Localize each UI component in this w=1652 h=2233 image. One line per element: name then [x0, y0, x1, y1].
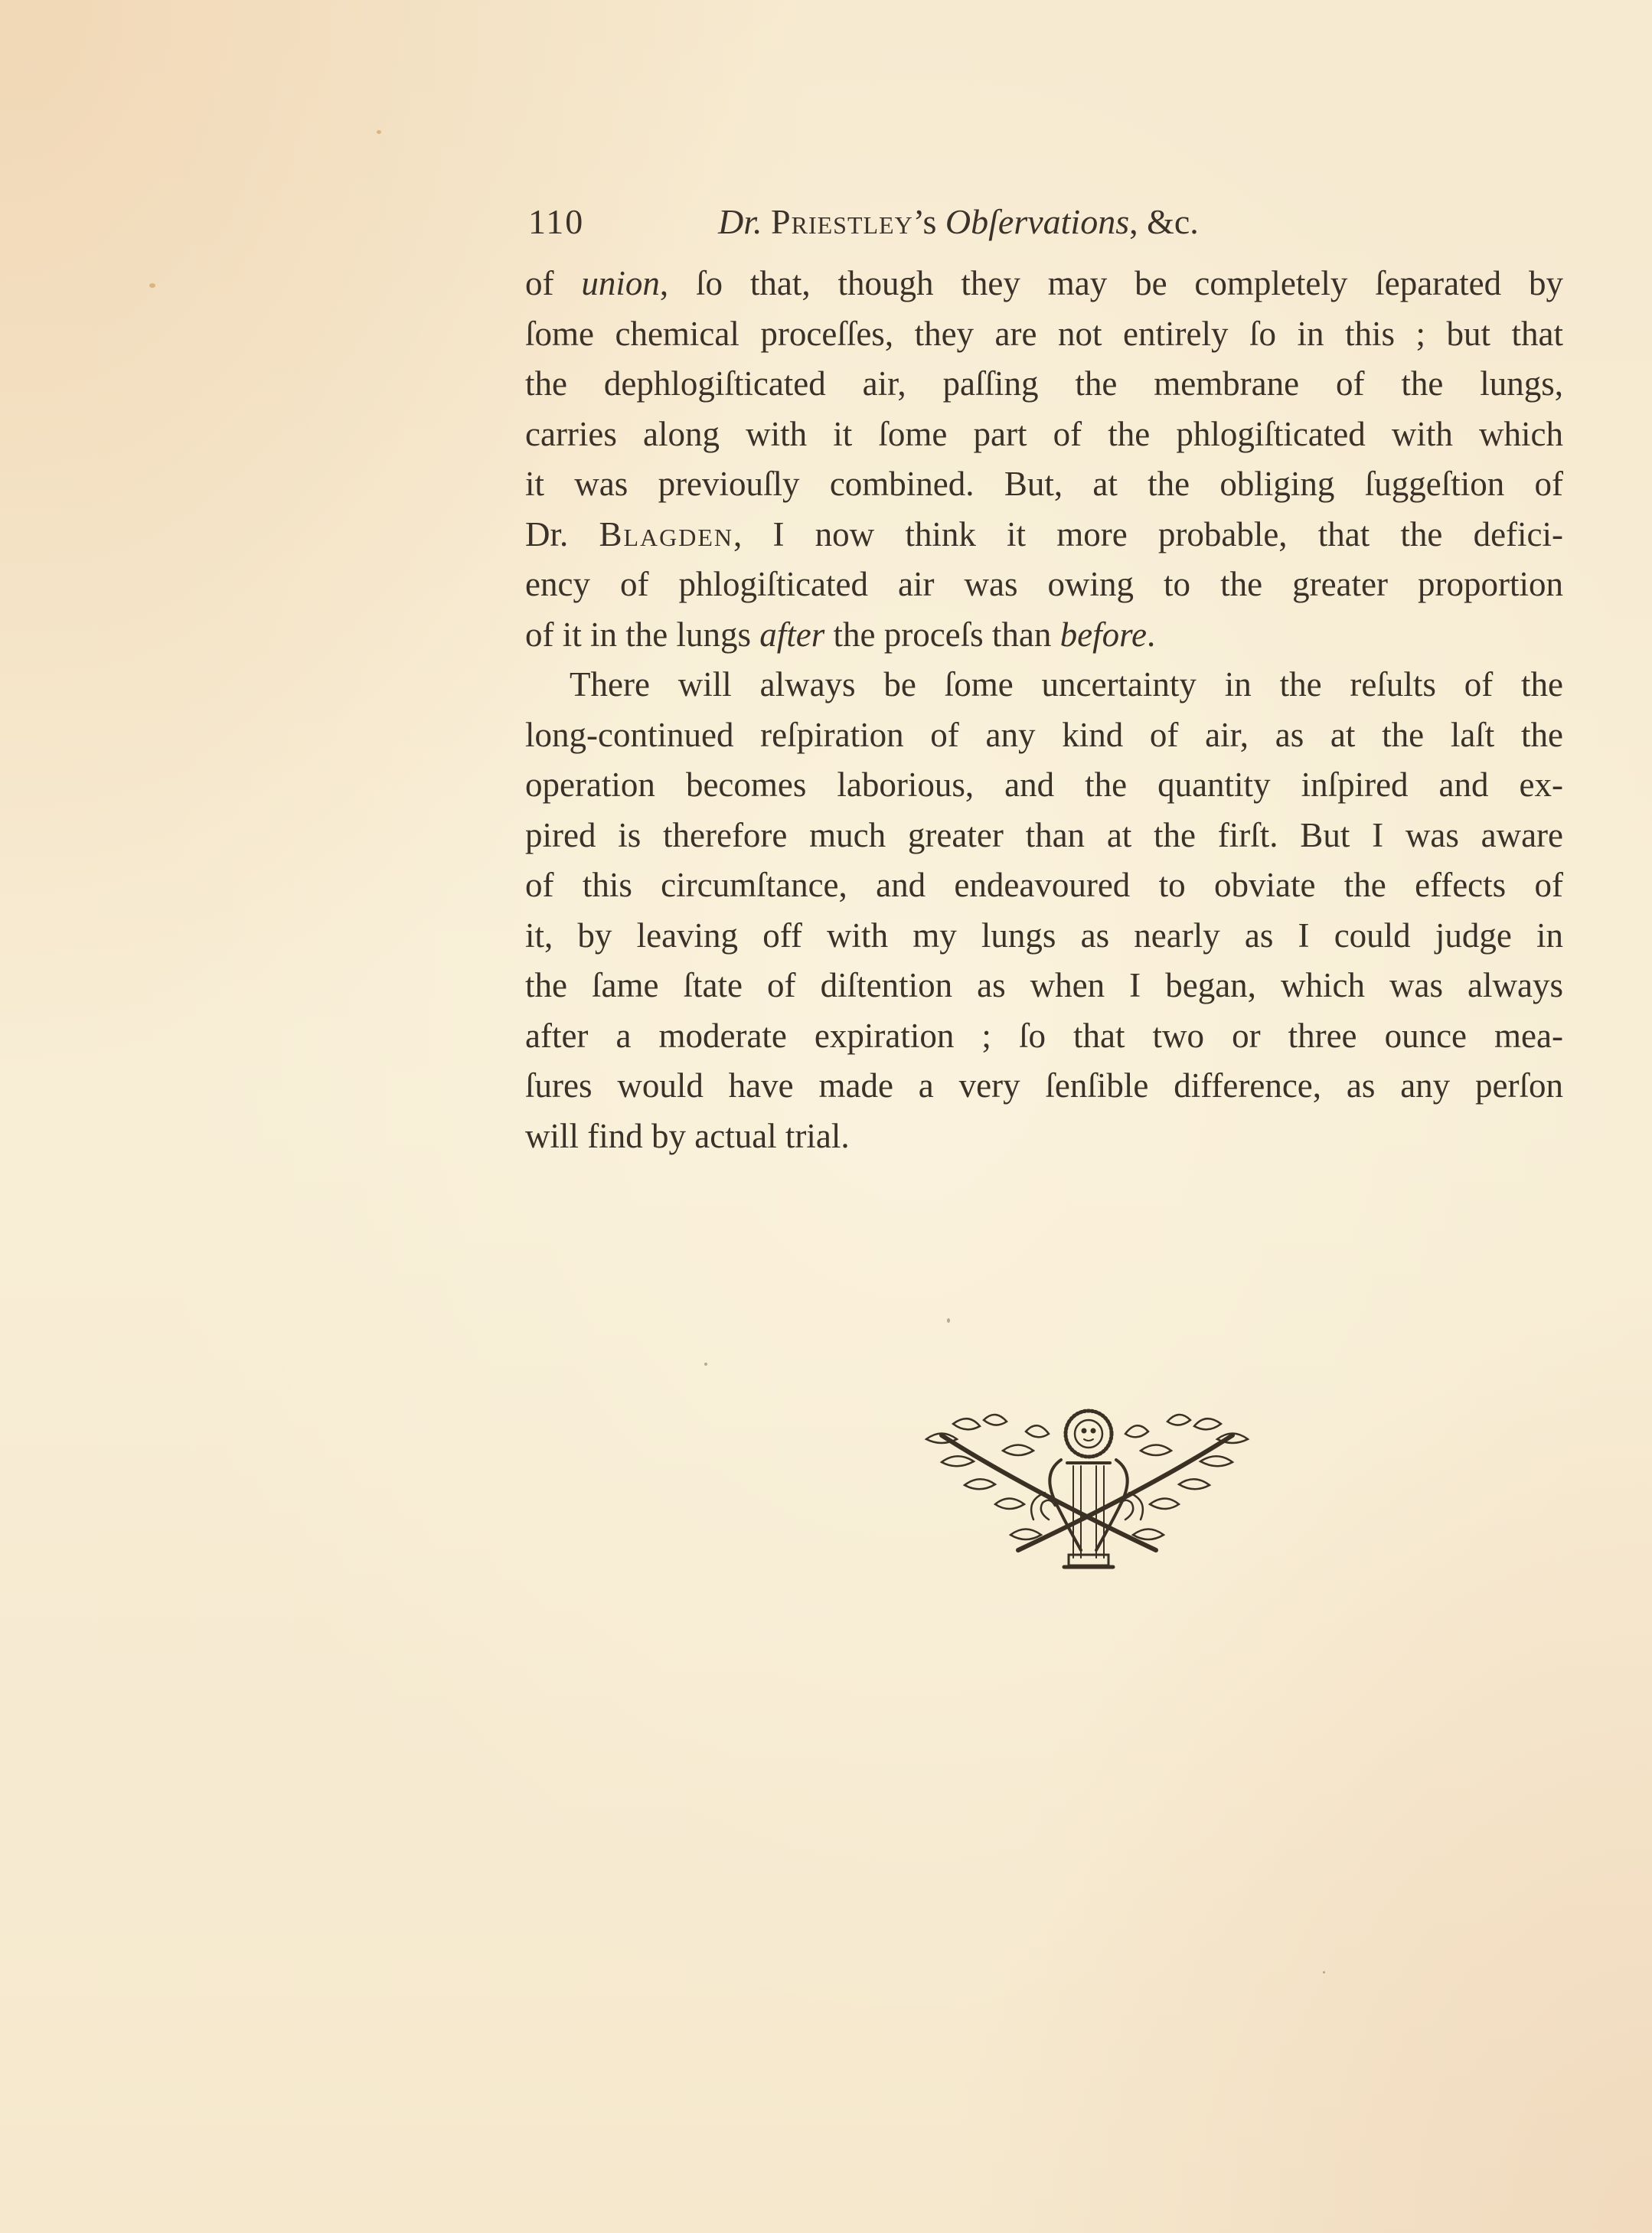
text-run: it was previouſly combined. But, at the … — [525, 465, 1563, 503]
text-smallcaps: Blagden — [599, 515, 733, 553]
running-head-author: Priestley — [771, 202, 913, 241]
text-run: the dephlogiſticated air, paſſing the me… — [525, 364, 1563, 403]
paper-speck — [704, 1363, 707, 1366]
text-run: operation becomes laborious, and the qua… — [525, 766, 1563, 804]
text-run: There will always be ſome uncertainty in… — [570, 665, 1563, 704]
text-line: There will always be ſome uncertainty in… — [525, 660, 1563, 710]
running-head-suffix: , &c. — [1129, 202, 1199, 241]
text-run: ſures would have made a very ſenſible di… — [525, 1066, 1563, 1105]
text-italic: after — [759, 615, 824, 654]
text-run: . — [1147, 615, 1155, 654]
text-run: the proceſs than — [824, 615, 1059, 654]
paper-speck — [377, 130, 381, 134]
text-run: of it in the lungs — [525, 615, 759, 654]
paper-speck — [947, 1318, 950, 1323]
text-line: after a moderate expiration ; ſo that tw… — [525, 1011, 1563, 1062]
text-run: ency of phlogiſticated air was owing to … — [525, 565, 1563, 603]
running-head-work: Obſervations — [945, 202, 1129, 241]
text-run: of this circumſtance, and endeavoured to… — [525, 866, 1563, 904]
text-line: will find by actual trial. — [525, 1112, 1563, 1162]
text-line: of this circumſtance, and endeavoured to… — [525, 860, 1563, 911]
text-line: ency of phlogiſticated air was owing to … — [525, 560, 1563, 610]
text-run: of — [525, 264, 581, 302]
book-page: 110 Dr. Priestley’s Obſervations, &c. of… — [0, 0, 1652, 2233]
lyre-foliage-ornament-icon — [911, 1405, 1263, 1577]
text-run: it, by leaving off with my lungs as near… — [525, 916, 1563, 955]
text-line: of it in the lungs after the proceſs tha… — [525, 610, 1563, 661]
text-run: , ſo that, though they may be completely… — [660, 264, 1563, 302]
text-line: ſome chemical proceſſes, they are not en… — [525, 309, 1563, 360]
text-line: long-continued reſpiration of any kind o… — [525, 710, 1563, 761]
text-italic: union — [581, 264, 660, 302]
text-line: pired is therefore much greater than at … — [525, 811, 1563, 861]
text-run: after a moderate expiration ; ſo that tw… — [525, 1017, 1563, 1055]
text-line: Dr. Blagden, I now think it more probabl… — [525, 510, 1563, 560]
text-run: the ſame ſtate of diſtention as when I b… — [525, 966, 1563, 1004]
paper-speck — [1323, 1971, 1325, 1973]
text-line: ſures would have made a very ſenſible di… — [525, 1061, 1563, 1112]
running-head-title: Dr. Priestley’s Obſervations, &c. — [718, 201, 1199, 243]
running-head-possessive: ’s — [913, 202, 945, 241]
text-line: it was previouſly combined. But, at the … — [525, 459, 1563, 510]
page-number: 110 — [528, 201, 584, 243]
running-head: 110 Dr. Priestley’s Obſervations, &c. — [528, 201, 1562, 243]
text-run: will find by actual trial. — [525, 1117, 850, 1155]
text-run: pired is therefore much greater than at … — [525, 816, 1563, 854]
text-line: the dephlogiſticated air, paſſing the me… — [525, 359, 1563, 410]
text-line: operation becomes laborious, and the qua… — [525, 760, 1563, 811]
text-line: of union, ſo that, though they may be co… — [525, 259, 1563, 309]
text-run: long-continued reſpiration of any kind o… — [525, 716, 1563, 754]
text-run: Dr. — [525, 515, 599, 553]
text-run: ſome chemical proceſſes, they are not en… — [525, 315, 1563, 353]
text-line: the ſame ſtate of diſtention as when I b… — [525, 961, 1563, 1011]
text-line: it, by leaving off with my lungs as near… — [525, 911, 1563, 961]
running-head-prefix: Dr. — [718, 202, 771, 241]
text-run: carries along with it ſome part of the p… — [525, 415, 1563, 453]
text-italic: before — [1060, 615, 1147, 654]
text-line: carries along with it ſome part of the p… — [525, 410, 1563, 460]
text-run: , I now think it more probable, that the… — [733, 515, 1563, 553]
body-text: of union, ſo that, though they may be co… — [525, 259, 1563, 1161]
paper-speck — [149, 283, 155, 288]
